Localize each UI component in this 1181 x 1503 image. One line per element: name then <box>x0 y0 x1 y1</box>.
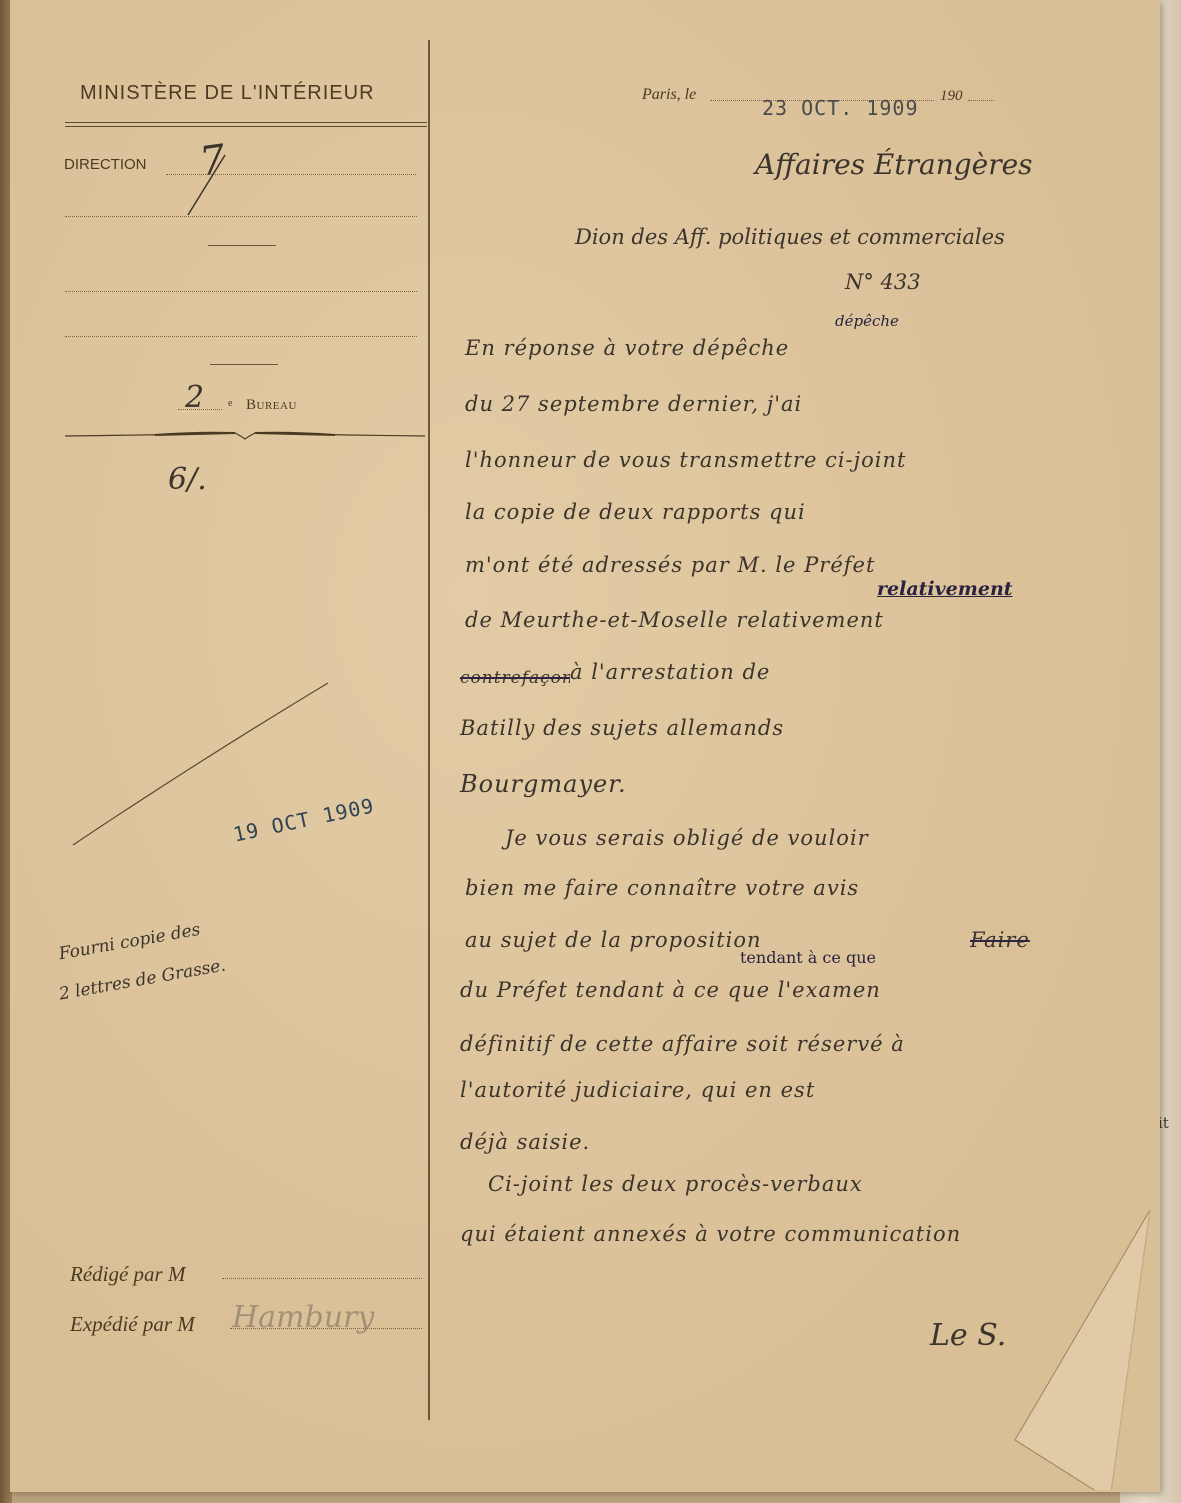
ministry-title: MINISTÈRE DE L'INTÉRIEUR <box>80 82 375 105</box>
bureau-superscript: e <box>228 398 232 409</box>
letter-line: au sujet de la proposition <box>465 928 762 952</box>
field-line <box>65 291 417 292</box>
bureau-label: Bureau <box>246 397 297 414</box>
letter-line: Batilly des sujets allemands <box>460 716 784 740</box>
date-stamp: 23 OCT. 1909 <box>762 96 919 120</box>
letter-line: du 27 septembre dernier, j'ai <box>465 392 802 416</box>
letter-heading: Affaires Étrangères <box>755 148 1033 181</box>
addressee: Dion des Aff. politiques et commerciales <box>575 225 1005 249</box>
folded-corner <box>1010 1210 1160 1490</box>
header-rule <box>65 122 427 123</box>
expedie-label: Expédié par M <box>70 1312 195 1337</box>
letter-line: Je vous serais obligé de vouloir <box>505 826 869 850</box>
insertion-depeche: dépêche <box>835 312 899 330</box>
reference-mark: 6/. <box>168 462 207 497</box>
header-rule <box>65 126 427 127</box>
margin-note-line2: 2 lettres de Grasse. <box>58 955 228 1004</box>
letter-line: l'honneur de vous transmettre ci-joint <box>465 448 906 472</box>
expedie-signature: Hambury <box>232 1300 374 1335</box>
struck-word: Faire <box>970 928 1030 952</box>
letter-line: de Meurthe-et-Moselle relativement <box>465 608 884 632</box>
reference-number: N° 433 <box>845 270 921 294</box>
letter-line: du Préfet tendant à ce que l'examen <box>460 978 881 1002</box>
redige-field-line <box>222 1278 422 1279</box>
letter-line: la copie de deux rapports qui <box>465 500 806 524</box>
separator <box>208 245 276 246</box>
struck-word: contrefaçon <box>460 668 570 688</box>
column-divider <box>428 40 430 1420</box>
field-line <box>65 336 417 337</box>
letter-line: à l'arrestation de <box>570 660 770 684</box>
letter-line: déjà saisie. <box>460 1130 590 1154</box>
letter-line: définitif de cette affaire soit réservé … <box>460 1032 905 1056</box>
redige-label: Rédigé par M <box>70 1262 185 1287</box>
letter-line: Bourgmayer. <box>460 770 627 798</box>
insertion-relativement: relativement <box>877 578 1013 600</box>
letter-line: En réponse à votre dépêche <box>465 336 789 360</box>
direction-stroke-icon <box>180 150 240 220</box>
letter-line: bien me faire connaître votre avis <box>465 876 859 900</box>
separator <box>210 364 278 365</box>
letter-line: qui étaient annexés à votre communicatio… <box>460 1222 961 1246</box>
direction-label: DIRECTION <box>64 156 147 173</box>
letter-line: Ci-joint les deux procès-verbaux <box>488 1172 863 1196</box>
year-field-line <box>968 100 994 101</box>
letter-line: l'autorité judiciaire, qui en est <box>460 1078 815 1102</box>
letter-line: m'ont été adressés par M. le Préfet <box>465 553 875 577</box>
ornamental-rule <box>65 428 425 444</box>
document-page: MINISTÈRE DE L'INTÉRIEUR DIRECTION 7 2 e… <box>10 0 1160 1492</box>
field-line <box>65 216 417 217</box>
initials: Le S. <box>930 1318 1006 1353</box>
year-prefix: 190 <box>940 88 963 105</box>
place-label: Paris, le <box>642 86 696 104</box>
margin-note-line1: Fourni copie des <box>57 920 201 965</box>
bureau-field-line <box>178 409 222 410</box>
